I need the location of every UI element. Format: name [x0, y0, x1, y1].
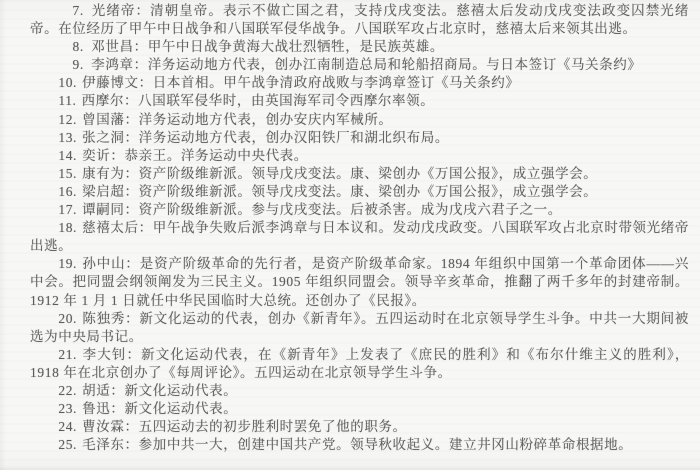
list-item: 21.李大钊：新文化运动代表，在《新青年》上发表了《庶民的胜利》和《布尔什维主义… — [30, 346, 689, 382]
list-item: 12.曾国藩：洋务运动地方代表，创办安庆内军械所。 — [30, 111, 689, 129]
colon-separator: ： — [125, 184, 139, 199]
colon-separator: ： — [125, 419, 139, 434]
list-item: 10.伊藤博文：日本首相。甲午战争清政府战败与李鸿章签订《马关条约》 — [30, 74, 689, 92]
item-description: 资产阶级维新派。领导戊戌变法。康、梁创办《万国公报》，成立强学会。 — [139, 184, 598, 199]
item-number: 17. — [58, 202, 77, 217]
person-name: 李大钊 — [82, 347, 126, 362]
person-name: 陈独秀 — [82, 311, 125, 326]
colon-separator: ： — [134, 39, 148, 54]
item-description: 资产阶级维新派。领导戊戌变法。康、梁创办《万国公报》，成立强学会。 — [139, 166, 598, 181]
person-name: 康有为 — [82, 166, 124, 181]
item-description: 新文化运动代表。 — [125, 383, 238, 398]
item-number: 18. — [58, 220, 77, 235]
list-item: 15.康有为：资产阶级维新派。领导戊戌变法。康、梁创办《万国公报》，成立强学会。 — [30, 165, 689, 183]
person-name: 张之洞 — [82, 130, 124, 145]
list-item: 19.孙中山：是资产阶级革命的先行者，是资产阶级革命家。1894 年组织中国第一… — [30, 255, 689, 309]
item-description: 五四运动去的初步胜利时罢免了他的职务。 — [139, 419, 407, 434]
item-description: 洋务运动地方代表，创办江南制造总局和轮船招商局。与日本签订《马关条约》 — [148, 57, 642, 72]
item-description: 八国联军侵华时，由英国海军司令西摩尔率领。 — [138, 93, 434, 108]
list-item: 14.奕䜣：恭亲王。洋务运动中央代表。 — [30, 147, 689, 165]
item-number: 23. — [58, 401, 77, 416]
item-description: 资产阶级维新派。参与戊戌变法。后被杀害。成为戊戌六君子之一。 — [139, 202, 562, 217]
item-number: 21. — [58, 347, 77, 362]
colon-separator: ： — [110, 383, 124, 398]
list-item: 22.胡适：新文化运动代表。 — [30, 382, 689, 400]
colon-separator: ： — [110, 401, 124, 416]
person-name: 鲁迅 — [82, 401, 110, 416]
person-name: 孙中山 — [82, 256, 125, 271]
colon-separator: ： — [125, 311, 139, 326]
item-number: 10. — [58, 75, 77, 90]
scanned-document-page: 7.光绪帝：清朝皇帝。表示不做亡国之君，支持戊戌变法。慈禧太后发动戊戌变法政变囚… — [0, 0, 700, 470]
item-number: 9. — [73, 57, 84, 72]
item-number: 24. — [58, 419, 77, 434]
person-name: 胡适 — [82, 383, 110, 398]
person-name: 西摩尔 — [82, 93, 124, 108]
person-name: 光绪帝 — [91, 3, 135, 18]
item-number: 25. — [58, 437, 77, 452]
list-item: 23.鲁迅：新文化运动代表。 — [30, 400, 689, 418]
list-item: 8.邓世昌：甲午中日战争黄海大战壮烈牺牲，是民族英雄。 — [30, 38, 689, 56]
colon-separator: ： — [110, 148, 124, 163]
colon-separator: ： — [139, 220, 153, 235]
item-description: 洋务运动地方代表，创办安庆内军械所。 — [139, 112, 393, 127]
list-item: 13.张之洞：洋务运动地方代表，创办汉阳铁厂和湖北织布局。 — [30, 129, 689, 147]
person-name: 慈禧太后 — [82, 220, 138, 235]
item-number: 8. — [73, 39, 84, 54]
person-name: 奕䜣 — [82, 148, 110, 163]
person-name: 毛泽东 — [82, 437, 124, 452]
list-item: 17.谭嗣同：资产阶级维新派。参与戊戌变法。后被杀害。成为戊戌六君子之一。 — [30, 201, 689, 219]
list-item: 20.陈独秀：新文化运动的代表，创办《新青年》。五四运动时在北京领导学生斗争。中… — [30, 310, 689, 346]
item-number: 20. — [58, 311, 77, 326]
item-number: 16. — [58, 184, 77, 199]
item-number: 15. — [58, 166, 77, 181]
item-number: 12. — [58, 112, 77, 127]
list-item: 24.曹汝霖：五四运动去的初步胜利时罢免了他的职务。 — [30, 418, 689, 436]
item-description: 洋务运动地方代表，创办汉阳铁厂和湖北织布局。 — [139, 130, 449, 145]
item-number: 11. — [58, 93, 76, 108]
colon-separator: ： — [139, 75, 153, 90]
list-item: 11.西摩尔：八国联军侵华时，由英国海军司令西摩尔率领。 — [30, 92, 689, 110]
colon-separator: ： — [127, 347, 142, 362]
item-description: 日本首相。甲午战争清政府战败与李鸿章签订《马关条约》 — [153, 75, 520, 90]
list-item: 9.李鸿章：洋务运动地方代表，创办江南制造总局和轮船招商局。与日本签订《马关条约… — [30, 56, 689, 74]
scan-edge-shading-bottom — [0, 465, 700, 470]
item-description: 甲午中日战争黄海大战壮烈牺牲，是民族英雄。 — [148, 39, 444, 54]
colon-separator: ： — [124, 93, 138, 108]
colon-separator: ： — [125, 166, 139, 181]
colon-separator: ： — [125, 437, 139, 452]
list-item: 25.毛泽东：参加中共一大，创建中国共产党。领导秋收起义。建立井冈山粉碎革命根据… — [30, 436, 689, 454]
person-name: 梁启超 — [82, 184, 124, 199]
colon-separator: ： — [134, 57, 148, 72]
item-number: 13. — [58, 130, 77, 145]
colon-separator: ： — [125, 130, 139, 145]
scan-edge-shading-left — [0, 0, 6, 470]
colon-separator: ： — [136, 3, 151, 18]
person-name: 伊藤博文 — [82, 75, 138, 90]
item-description: 参加中共一大，创建中国共产党。领导秋收起义。建立井冈山粉碎革命根据地。 — [139, 437, 633, 452]
item-number: 22. — [58, 383, 77, 398]
person-name: 曹汝霖 — [82, 419, 124, 434]
colon-separator: ： — [125, 256, 139, 271]
person-name: 李鸿章 — [91, 57, 133, 72]
person-name: 曾国藩 — [82, 112, 124, 127]
list-item: 16.梁启超：资产阶级维新派。领导戊戌变法。康、梁创办《万国公报》，成立强学会。 — [30, 183, 689, 201]
person-name: 谭嗣同 — [82, 202, 124, 217]
item-number: 19. — [58, 256, 77, 271]
item-number: 14. — [58, 148, 77, 163]
item-description: 恭亲王。洋务运动中央代表。 — [125, 148, 308, 163]
document-body: 7.光绪帝：清朝皇帝。表示不做亡国之君，支持戊戌变法。慈禧太后发动戊戌变法政变囚… — [30, 2, 689, 454]
list-item: 18.慈禧太后：甲午战争失败后派李鸿章与日本议和。发动戊戌政变。八国联军攻占北京… — [30, 219, 689, 255]
item-number: 7. — [73, 3, 84, 18]
person-name: 邓世昌 — [91, 39, 133, 54]
colon-separator: ： — [125, 202, 139, 217]
item-description: 新文化运动代表。 — [125, 401, 238, 416]
colon-separator: ： — [125, 112, 139, 127]
list-item: 7.光绪帝：清朝皇帝。表示不做亡国之君，支持戊戌变法。慈禧太后发动戊戌变法政变囚… — [30, 2, 689, 38]
